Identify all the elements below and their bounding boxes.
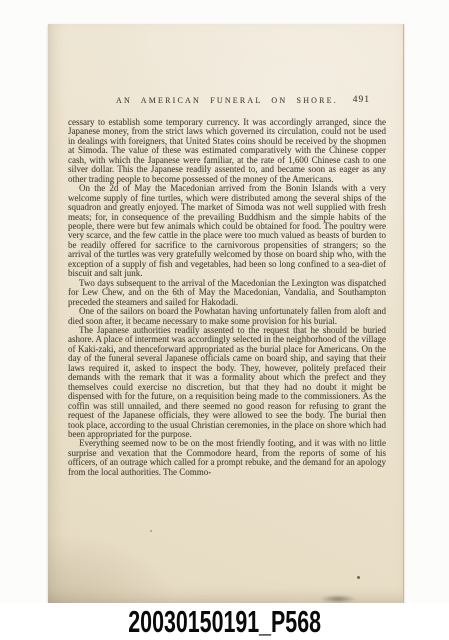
running-head: AN AMERICAN FUNERAL ON SHORE. (68, 96, 386, 105)
paragraph: cessary to establish some temporary curr… (68, 118, 386, 184)
page-number: 491 (353, 95, 370, 105)
paragraph: The Japanese authorities readily assente… (68, 326, 386, 439)
page-body: cessary to establish some temporary curr… (68, 118, 386, 477)
page-speck (150, 530, 152, 532)
photo-backdrop: AN AMERICAN FUNERAL ON SHORE. 491 cessar… (0, 0, 449, 603)
paragraph: Everything seemed now to be on the most … (68, 439, 386, 477)
paragraph: On the 2d of May the Macedonian arrived … (68, 184, 386, 279)
page-corner-shadow (48, 533, 178, 603)
page-header: AN AMERICAN FUNERAL ON SHORE. 491 (68, 96, 386, 109)
paragraph: One of the sailors on board the Powhatan… (68, 307, 386, 326)
paragraph: Two days subsequent to the arrival of th… (68, 279, 386, 307)
caption-bar: 20030150191_P568 (0, 603, 449, 640)
object-id-caption: 20030150191_P568 (128, 606, 321, 637)
page-speck (357, 576, 360, 579)
book-page: AN AMERICAN FUNERAL ON SHORE. 491 cessar… (48, 24, 404, 603)
page-smudge (320, 595, 356, 603)
